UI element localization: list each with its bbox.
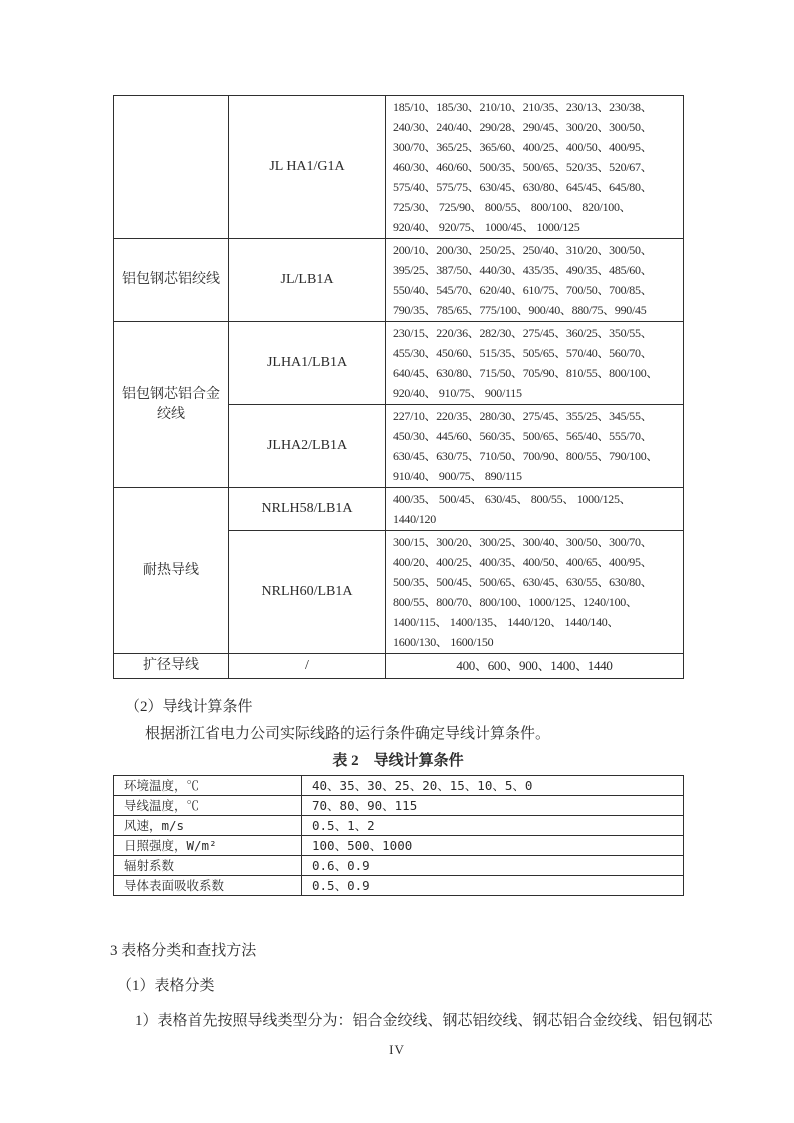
table-row: JL HA1/G1A 185/10、185/30、210/10、210/35、2… bbox=[114, 96, 684, 239]
condition-value: 0.5、0.9 bbox=[302, 876, 684, 896]
item-1-title: （1）表格分类 bbox=[117, 976, 215, 996]
conductor-model-cell: JLHA1/LB1A bbox=[229, 322, 386, 405]
conductor-model-cell: JLHA2/LB1A bbox=[229, 405, 386, 488]
table-row: 铝包钢芯铝合金绞线 JLHA1/LB1A 230/15、220/36、282/3… bbox=[114, 322, 684, 405]
conductor-type-cell: 铝包钢芯铝绞线 bbox=[114, 239, 229, 322]
item-1-body: 1）表格首先按照导线类型分为：铝合金绞线、钢芯铝绞线、钢芯铝合金绞线、铝包钢芯 bbox=[135, 1011, 713, 1031]
conductor-specs-cell: 200/10、200/30、250/25、250/40、310/20、300/5… bbox=[386, 239, 684, 322]
conductor-model-cell: JL HA1/G1A bbox=[229, 96, 386, 239]
conductor-specs-cell: 185/10、185/30、210/10、210/35、230/13、230/3… bbox=[386, 96, 684, 239]
conductor-model-table: JL HA1/G1A 185/10、185/30、210/10、210/35、2… bbox=[113, 95, 684, 679]
table-row: 铝包钢芯铝绞线 JL/LB1A 200/10、200/30、250/25、250… bbox=[114, 239, 684, 322]
conductor-model-cell: NRLH58/LB1A bbox=[229, 488, 386, 531]
condition-label: 辐射系数 bbox=[114, 856, 302, 876]
subsection-2-body: 根据浙江省电力公司实际线路的运行条件确定导线计算条件。 bbox=[145, 724, 550, 744]
page-number: IV bbox=[0, 1040, 794, 1060]
condition-value: 70、80、90、115 bbox=[302, 796, 684, 816]
condition-value: 0.5、1、2 bbox=[302, 816, 684, 836]
table-row: 日照强度，W/m² 100、500、1000 bbox=[114, 836, 684, 856]
document-page: JL HA1/G1A 185/10、185/30、210/10、210/35、2… bbox=[0, 0, 794, 1123]
conductor-specs-cell: 400、600、900、1400、1440 bbox=[386, 654, 684, 679]
table-row: 导体表面吸收系数 0.5、0.9 bbox=[114, 876, 684, 896]
condition-value: 0.6、0.9 bbox=[302, 856, 684, 876]
conductor-type-cell bbox=[114, 96, 229, 239]
condition-label: 日照强度，W/m² bbox=[114, 836, 302, 856]
conductor-model-cell: NRLH60/LB1A bbox=[229, 531, 386, 654]
conductor-specs-cell: 230/15、220/36、282/30、275/45、360/25、350/5… bbox=[386, 322, 684, 405]
table-row: 耐热导线 NRLH58/LB1A 400/35、 500/45、 630/45、… bbox=[114, 488, 684, 531]
condition-value: 40、35、30、25、20、15、10、5、0 bbox=[302, 776, 684, 796]
table2-caption: 表 2 导线计算条件 bbox=[113, 751, 683, 771]
table-row: 风速，m/s 0.5、1、2 bbox=[114, 816, 684, 836]
condition-value: 100、500、1000 bbox=[302, 836, 684, 856]
condition-label: 环境温度，℃ bbox=[114, 776, 302, 796]
conductor-specs-cell: 400/35、 500/45、 630/45、 800/55、 1000/125… bbox=[386, 488, 684, 531]
table-row: 辐射系数 0.6、0.9 bbox=[114, 856, 684, 876]
condition-label: 风速，m/s bbox=[114, 816, 302, 836]
conductor-type-cell: 铝包钢芯铝合金绞线 bbox=[114, 322, 229, 488]
conductor-model-cell: JL/LB1A bbox=[229, 239, 386, 322]
conductor-specs-cell: 227/10、220/35、280/30、275/45、355/25、345/5… bbox=[386, 405, 684, 488]
condition-label: 导线温度，℃ bbox=[114, 796, 302, 816]
table-row: 环境温度，℃ 40、35、30、25、20、15、10、5、0 bbox=[114, 776, 684, 796]
condition-label: 导体表面吸收系数 bbox=[114, 876, 302, 896]
subsection-2-title: （2）导线计算条件 bbox=[125, 697, 253, 717]
conductor-specs-cell: 300/15、300/20、300/25、300/40、300/50、300/7… bbox=[386, 531, 684, 654]
calc-conditions-table: 环境温度，℃ 40、35、30、25、20、15、10、5、0 导线温度，℃ 7… bbox=[113, 775, 684, 896]
conductor-model-cell: / bbox=[229, 654, 386, 679]
table-row: 扩径导线 / 400、600、900、1400、1440 bbox=[114, 654, 684, 679]
conductor-type-cell: 扩径导线 bbox=[114, 654, 229, 679]
conductor-type-cell: 耐热导线 bbox=[114, 488, 229, 654]
table-row: 导线温度，℃ 70、80、90、115 bbox=[114, 796, 684, 816]
section-3-title: 3 表格分类和查找方法 bbox=[110, 941, 256, 961]
